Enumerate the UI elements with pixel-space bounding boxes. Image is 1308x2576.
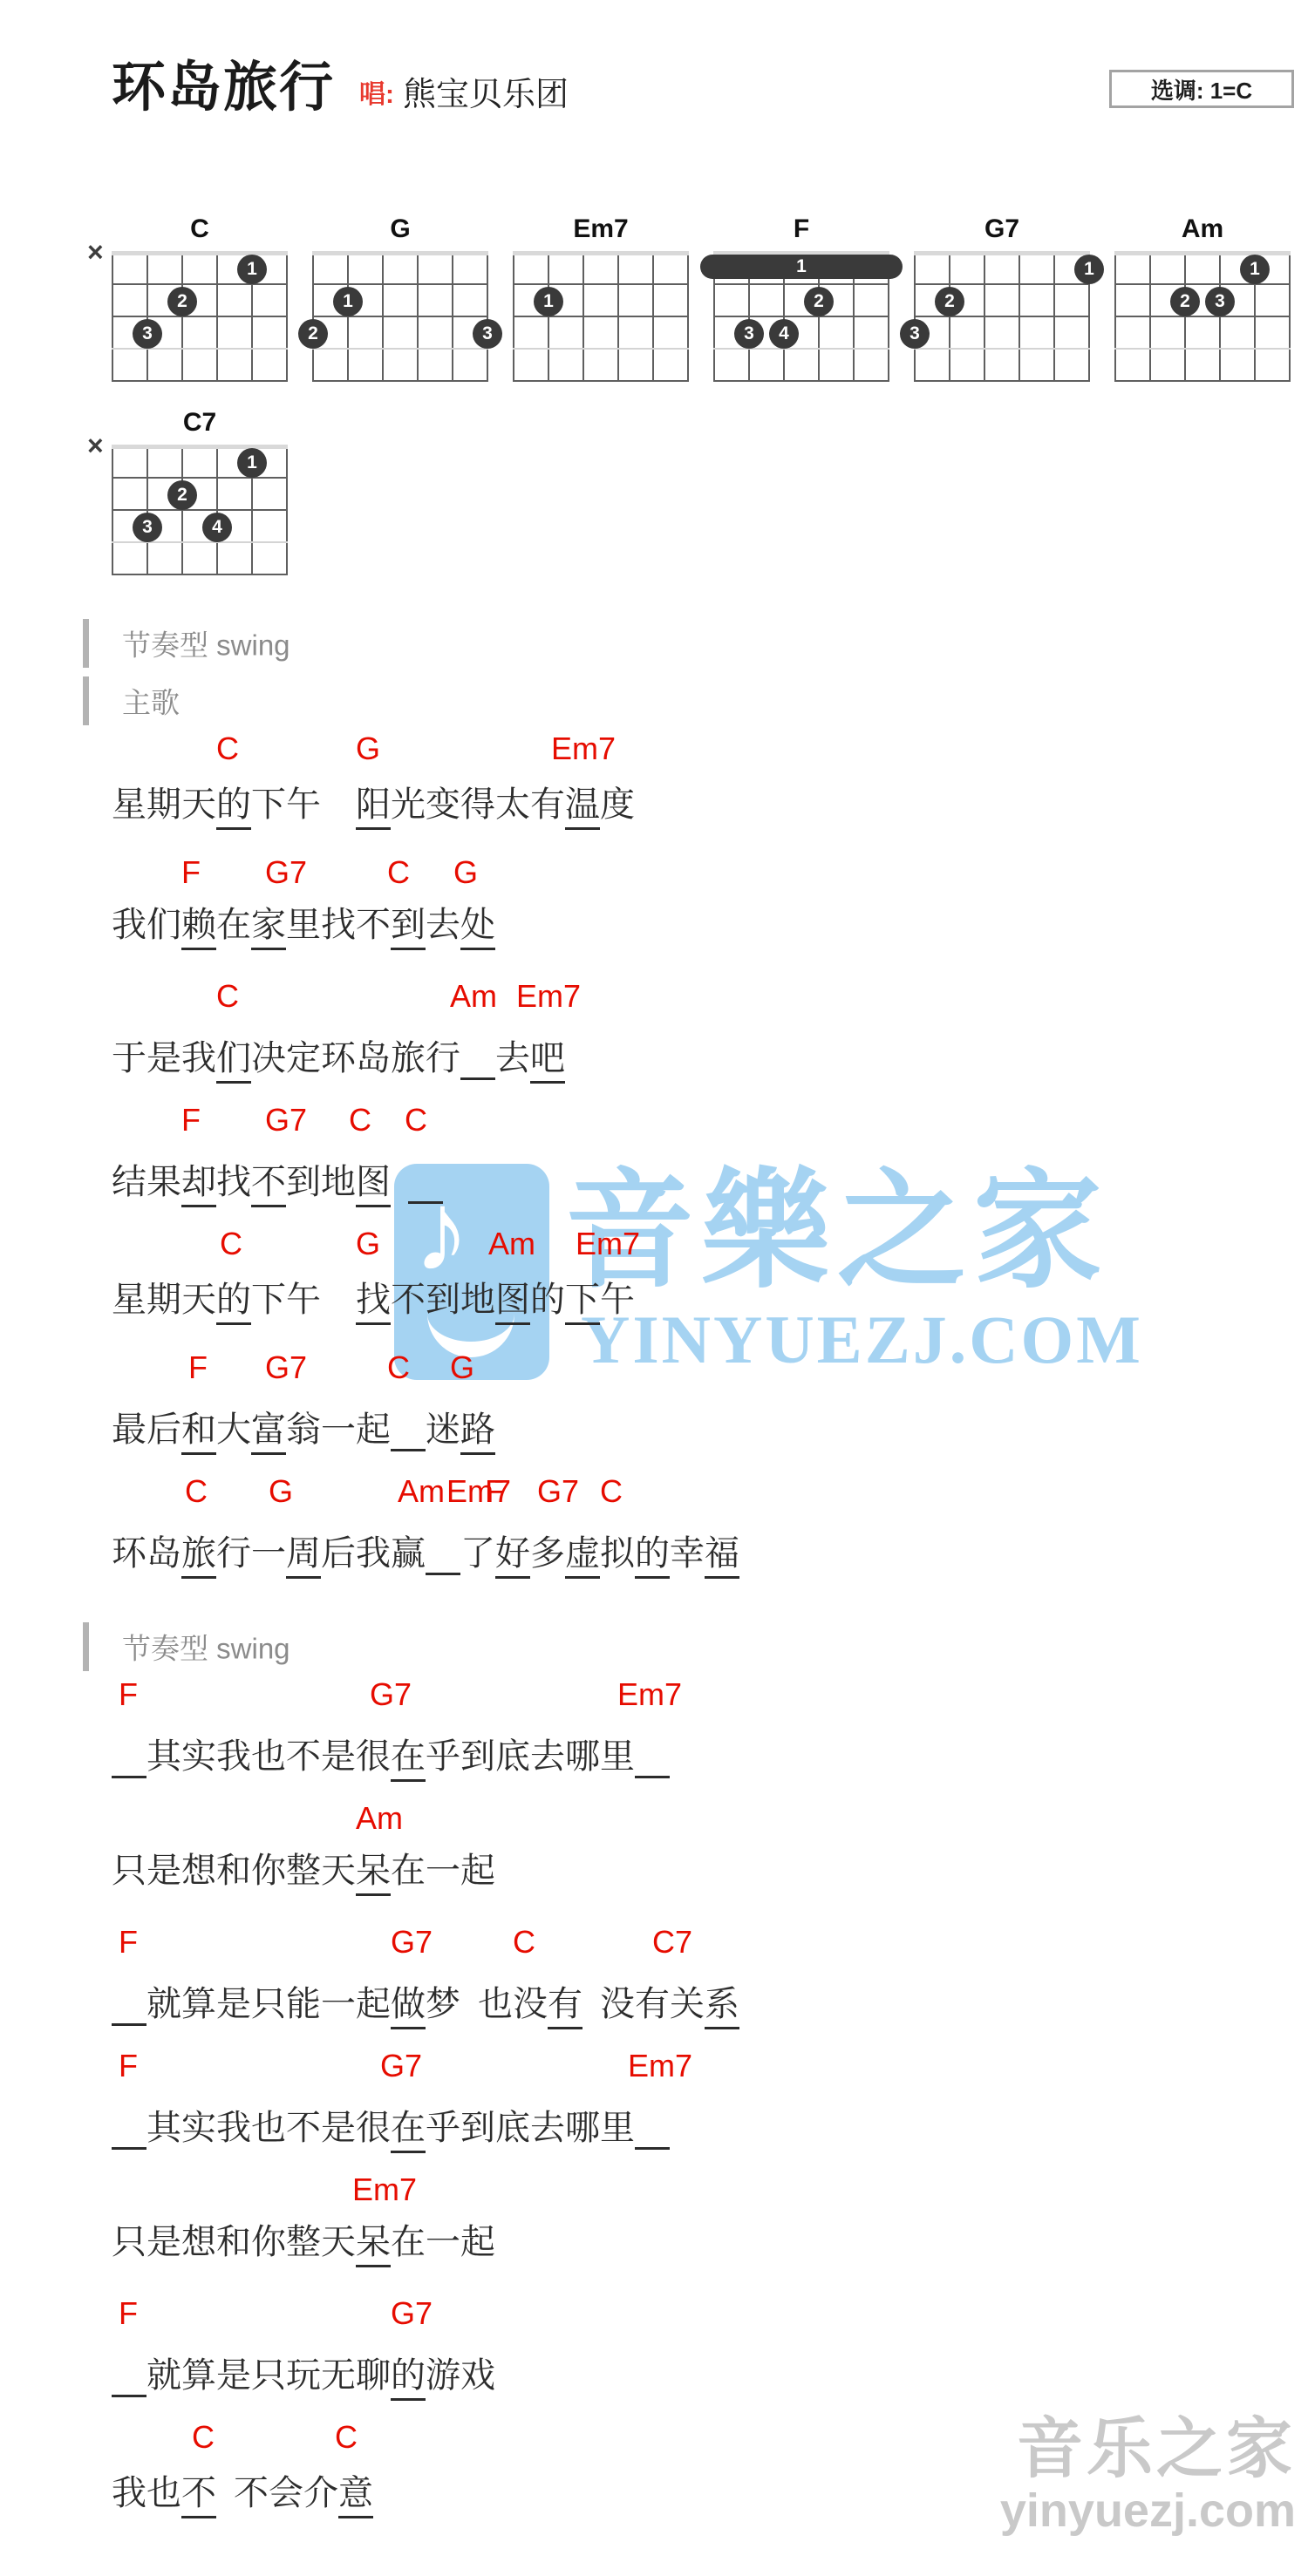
finger-dot-3: 3 <box>133 513 162 542</box>
finger-dot-3: 3 <box>473 319 502 349</box>
finger-dot-3: 3 <box>900 319 930 349</box>
section-label: 主歌 <box>83 676 1308 725</box>
chord-symbol: F <box>485 1473 504 1510</box>
lyric-segment: 幸 <box>670 1534 705 1573</box>
chord-row: FG7CC <box>112 1102 1308 1140</box>
lyric-row: 只是想和你整天呆在一起 <box>112 1851 1308 1901</box>
lyric-segment: 不 <box>251 1163 286 1207</box>
lyric-segment: 好 <box>495 1534 530 1579</box>
chord-row: CGAmEm7FG7C <box>112 1473 1308 1512</box>
lyric-segment: 其实我也不是很 <box>146 2109 391 2147</box>
lyric-row: 星期天的下午找不到地图的下午 <box>112 1276 1308 1327</box>
chord-symbol: Am <box>450 978 497 1015</box>
lyric-segment: 就算是只能一起 <box>146 1985 391 2023</box>
finger-dot-1: 1 <box>333 287 363 316</box>
fret-line <box>914 251 1090 255</box>
lyric-segment: 度 <box>600 785 635 824</box>
lyric-segment: 虚 <box>565 1534 600 1579</box>
chord-symbol: Em7 <box>516 978 581 1015</box>
chord-diagram-title: F <box>713 214 889 244</box>
finger-dot-1: 1 <box>534 287 563 316</box>
finger-dot-1: 1 <box>1074 255 1104 284</box>
chord-symbol: Em7 <box>551 731 616 767</box>
fret-line <box>112 316 288 317</box>
fret-line <box>713 348 889 350</box>
fretboard-grid: 123 <box>1114 251 1291 382</box>
lyric-segment: 下午 <box>251 785 321 824</box>
lyric-segment: 我也 <box>112 2474 181 2512</box>
lyric-row: 就算是只玩无聊的游戏 <box>112 2346 1308 2396</box>
lyric-segment: 图 <box>356 1163 391 1207</box>
song-body: 节奏型 swing主歌CGEm7星期天的下午阳光变得太有温度FG7CG我们赖在家… <box>0 619 1308 2520</box>
chord-row: CAmEm7 <box>112 978 1308 1016</box>
fret-line <box>513 380 689 382</box>
chord-row: CC <box>112 2419 1308 2457</box>
finger-dot-2: 2 <box>804 287 834 316</box>
lyric-segment: 迷 <box>426 1410 460 1449</box>
finger-dot-3: 3 <box>734 319 764 349</box>
lyric-gap <box>321 1276 356 1322</box>
artist-name: 熊宝贝乐团 <box>403 67 569 115</box>
lyric-row: 我也不不会介意 <box>112 2470 1308 2520</box>
fret-line <box>112 477 288 479</box>
chord-diagram-F: F1234 <box>713 214 889 382</box>
finger-dot-2: 2 <box>167 480 197 510</box>
lyric-segment: 温 <box>565 785 600 830</box>
page-title: 环岛旅行 <box>112 61 335 115</box>
lyric-segment: 到 <box>391 906 426 950</box>
chord-symbol: F <box>181 854 201 891</box>
fret-line <box>312 380 488 382</box>
muted-string-icon: × <box>87 430 104 462</box>
chord-symbol: Am <box>488 1226 535 1262</box>
finger-dot-4: 4 <box>769 319 799 349</box>
key-selection-box: 选调: 1=C <box>1109 70 1294 108</box>
chord-symbol: G7 <box>537 1473 579 1510</box>
chord-diagram-row-2: C7×1234 <box>112 408 1308 575</box>
chord-row: FG7CG <box>112 1349 1308 1388</box>
chord-diagram-title: Am <box>1114 214 1291 244</box>
lyric-segment: 于是我 <box>112 1039 216 1077</box>
lyric-row: 只是想和你整天呆在一起 <box>112 2222 1308 2273</box>
lyric-segment: 午 <box>600 1281 635 1319</box>
fret-line <box>112 574 288 575</box>
fret-line <box>513 251 689 255</box>
song-line: FG7CG最后和大富翁一起迷路 <box>112 1349 1308 1451</box>
lyric-segment: 最后 <box>112 1410 181 1449</box>
chord-symbol: G7 <box>370 1676 412 1713</box>
lyric-segment: 意 <box>338 2474 373 2518</box>
chord-symbol: F <box>119 2048 138 2084</box>
lyric-segment: 有 <box>548 1985 582 2029</box>
fret-line <box>513 283 689 285</box>
chord-symbol: Em7 <box>576 1226 640 1262</box>
lyric-segment: 图 <box>495 1281 530 1325</box>
chord-symbol: C <box>216 731 239 767</box>
chord-symbol: C <box>405 1102 427 1138</box>
chord-symbol: G7 <box>265 1349 307 1386</box>
lyric-segment: 其实我也不是很 <box>146 1737 391 1776</box>
lyric-segment: 也没 <box>478 1985 548 2023</box>
fret-line <box>1114 348 1291 350</box>
lyric-segment: 翁一起 <box>286 1410 391 1449</box>
chord-symbol: C <box>216 978 239 1015</box>
lyric-row: 于是我们决定环岛旅行去吧 <box>112 1029 1308 1079</box>
barre-finger-1: 1 <box>700 255 903 279</box>
section-label-text: 主歌 <box>122 681 180 722</box>
chord-row: Em7 <box>112 2172 1308 2210</box>
lyric-row: 环岛旅行一周后我赢了好多虚拟的幸福 <box>112 1524 1308 1574</box>
lyric-segment: 乎到底去哪里 <box>426 1737 635 1776</box>
lyric-segment: 吧 <box>530 1039 565 1084</box>
lyric-segment: 游戏 <box>426 2356 495 2395</box>
lyric-segment: 结果 <box>112 1163 181 1201</box>
lyric-segment: 下 <box>565 1281 600 1325</box>
lyric-segment: 只是想和你整天 <box>112 1852 356 1890</box>
lyric-underline-blank <box>426 1524 460 1575</box>
lyric-underline-blank <box>635 1727 670 1778</box>
chord-diagram-row-1: C×123G123Em71F1234G7123Am123 <box>112 214 1308 382</box>
lyric-segment: 阳 <box>356 785 391 830</box>
lyric-gap <box>321 781 356 826</box>
chord-symbol: G7 <box>391 1924 433 1961</box>
lyric-segment: 处 <box>460 906 495 950</box>
sing-label: 唱: <box>359 72 394 115</box>
lyric-row: 其实我也不是很在乎到底去哪里 <box>112 1727 1308 1777</box>
chord-symbol: C <box>192 2419 215 2456</box>
song-line: CGAmEm7星期天的下午找不到地图的下午 <box>112 1226 1308 1327</box>
lyric-segment: 多 <box>530 1534 565 1573</box>
finger-dot-4: 4 <box>202 513 232 542</box>
lyric-segment: 路 <box>460 1410 495 1455</box>
fret-line <box>914 348 1090 350</box>
lyric-segment: 下午 <box>251 1281 321 1319</box>
lyric-segment: 系 <box>705 1985 739 2029</box>
lyric-gap <box>391 1159 408 1204</box>
chord-symbol: F <box>119 1924 138 1961</box>
song-line: FG7就算是只玩无聊的游戏 <box>112 2295 1308 2396</box>
song-line: CAmEm7于是我们决定环岛旅行去吧 <box>112 978 1308 1079</box>
fret-line <box>713 316 889 317</box>
fret-line <box>112 445 288 449</box>
fret-line <box>1114 316 1291 317</box>
chord-symbol: G <box>269 1473 293 1510</box>
song-line: Em7只是想和你整天呆在一起 <box>112 2172 1308 2273</box>
fretboard-grid: 123 <box>312 251 488 382</box>
lyric-segment: 周 <box>286 1534 321 1579</box>
fretboard-grid: ×123 <box>112 251 288 382</box>
fret-line <box>1114 283 1291 285</box>
fret-line <box>312 348 488 350</box>
chord-row: FG7Em7 <box>112 1676 1308 1715</box>
lyric-segment: 星期天 <box>112 785 216 824</box>
chord-symbol: F <box>119 1676 138 1713</box>
finger-dot-1: 1 <box>1240 255 1270 284</box>
chord-symbol: C <box>513 1924 535 1961</box>
fret-line <box>1114 251 1291 255</box>
fretboard-grid: 1234 <box>713 251 889 382</box>
lyric-segment: 没有关 <box>600 1985 705 2023</box>
chord-symbol: Em7 <box>617 1676 682 1713</box>
lyric-segment: 呆 <box>356 2223 391 2267</box>
lyric-segment: 大 <box>216 1410 251 1449</box>
chord-diagram-Em7: Em71 <box>513 214 689 382</box>
fret-line <box>914 380 1090 382</box>
chord-diagram-title: Em7 <box>513 214 689 244</box>
lyric-segment: 就算是只玩无聊 <box>146 2356 391 2395</box>
fret-line <box>713 380 889 382</box>
chord-row: FG7 <box>112 2295 1308 2334</box>
lyric-row: 结果却找不到地图 <box>112 1152 1308 1203</box>
muted-string-icon: × <box>87 236 104 268</box>
section-bar <box>83 676 89 725</box>
lyric-underline-blank <box>112 1727 146 1778</box>
fret-line <box>513 316 689 317</box>
lyric-segment: 在 <box>216 906 251 944</box>
lyric-segment: 拟 <box>600 1534 635 1573</box>
fretboard-grid: 123 <box>914 251 1090 382</box>
lyric-segment: 的 <box>216 785 251 830</box>
fret-line <box>312 283 488 285</box>
chord-symbol: G7 <box>265 854 307 891</box>
chord-diagram-title: C7 <box>112 408 288 438</box>
section-label-text: 节奏型 swing <box>122 623 290 664</box>
chord-symbol: G <box>450 1349 474 1386</box>
chord-symbol: G7 <box>265 1102 307 1138</box>
lyric-row: 我们赖在家里找不到去处 <box>112 905 1308 955</box>
key-label: 选调: 1=C <box>1151 73 1252 105</box>
lyric-underline-blank <box>460 1029 495 1080</box>
chord-symbol: C <box>220 1226 242 1262</box>
lyric-segment: 光变得太有 <box>391 785 565 824</box>
chord-diagram-C: C×123 <box>112 214 288 382</box>
chord-symbol: G <box>356 731 380 767</box>
lyric-gap <box>460 1981 478 2026</box>
finger-dot-2: 2 <box>298 319 328 349</box>
fret-line <box>513 348 689 350</box>
finger-dot-2: 2 <box>935 287 964 316</box>
lyric-segment: 赖 <box>181 906 216 950</box>
chord-symbol: C7 <box>652 1924 692 1961</box>
fret-line <box>112 251 288 255</box>
lyric-segment: 的 <box>216 1281 251 1325</box>
lyric-segment: 的 <box>635 1534 670 1579</box>
fret-line <box>914 283 1090 285</box>
lyric-row: 其实我也不是很在乎到底去哪里 <box>112 2098 1308 2149</box>
lyric-segment: 家 <box>251 906 286 950</box>
chord-symbol: C <box>185 1473 208 1510</box>
finger-dot-1: 1 <box>237 255 267 284</box>
chord-diagram-G: G123 <box>312 214 488 382</box>
fret-line <box>1114 380 1291 382</box>
chord-symbol: C <box>349 1102 371 1138</box>
fret-line <box>312 251 488 255</box>
fretboard-grid: ×1234 <box>112 445 288 575</box>
lyric-segment: 呆 <box>356 1852 391 1896</box>
song-line: FG7CC结果却找不到地图 <box>112 1102 1308 1203</box>
lyric-underline-blank <box>408 1152 443 1204</box>
fret-line <box>112 509 288 511</box>
finger-dot-1: 1 <box>237 448 267 478</box>
lyric-segment: 不到地 <box>391 1281 495 1319</box>
lyric-segment: 不会介 <box>234 2474 338 2512</box>
lyric-segment: 行一 <box>216 1534 286 1573</box>
lyric-segment: 福 <box>705 1534 739 1579</box>
lyric-segment: 梦 <box>426 1985 460 2023</box>
chord-symbol: Em7 <box>628 2048 692 2084</box>
chord-row: Am <box>112 1800 1308 1839</box>
chord-symbol: Em7 <box>352 2172 417 2208</box>
lyric-segment: 到地 <box>286 1163 356 1201</box>
fret-line <box>112 380 288 382</box>
chord-symbol: C <box>600 1473 623 1510</box>
chord-row: FG7Em7 <box>112 2048 1308 2086</box>
fret-line <box>112 541 288 543</box>
lyric-segment: 找 <box>216 1163 251 1201</box>
chord-symbol: C <box>335 2419 358 2456</box>
lyric-underline-blank <box>635 2098 670 2150</box>
lyric-row: 就算是只能一起做梦也没有没有关系 <box>112 1974 1308 2025</box>
song-line: FG7Em7其实我也不是很在乎到底去哪里 <box>112 1676 1308 1777</box>
lyric-segment: 却 <box>181 1163 216 1207</box>
song-line: FG7CG我们赖在家里找不到去处 <box>112 854 1308 955</box>
lyric-segment: 的 <box>530 1281 565 1319</box>
lyric-segment: 们 <box>216 1039 251 1084</box>
lyric-segment: 星期天 <box>112 1281 216 1319</box>
finger-dot-3: 3 <box>133 319 162 349</box>
song-line: FG7Em7其实我也不是很在乎到底去哪里 <box>112 2048 1308 2149</box>
lyric-segment: 只是想和你整天 <box>112 2223 356 2261</box>
lyric-segment: 和 <box>181 1410 216 1455</box>
song-line: CGEm7星期天的下午阳光变得太有温度 <box>112 731 1308 832</box>
lyric-segment: 找 <box>356 1281 391 1325</box>
fret-line <box>112 283 288 285</box>
fretboard-grid: 1 <box>513 251 689 382</box>
chord-symbol: Am <box>356 1800 403 1837</box>
song-line: FG7CC7就算是只能一起做梦也没有没有关系 <box>112 1924 1308 2025</box>
finger-dot-2: 2 <box>167 287 197 316</box>
chord-symbol: G <box>453 854 478 891</box>
lyric-segment: 里找不 <box>286 906 391 944</box>
lyric-gap <box>216 2470 234 2515</box>
section-label-text: 节奏型 swing <box>122 1627 290 1668</box>
chord-symbol: F <box>188 1349 208 1386</box>
chord-symbol: C <box>387 1349 410 1386</box>
song-line: CGAmEm7FG7C环岛旅行一周后我赢了好多虚拟的幸福 <box>112 1473 1308 1574</box>
lyric-segment: 富 <box>251 1410 286 1455</box>
section-label: 节奏型 swing <box>83 1622 1308 1671</box>
byline: 唱: 熊宝贝乐团 <box>359 67 569 115</box>
chord-symbol: G <box>356 1226 380 1262</box>
lyric-row: 星期天的下午阳光变得太有温度 <box>112 781 1308 832</box>
lyric-segment: 乎到底去哪里 <box>426 2109 635 2147</box>
fret-line <box>914 316 1090 317</box>
lyric-segment: 在一起 <box>391 2223 495 2261</box>
lyric-segment: 我们 <box>112 906 181 944</box>
song-line: Am只是想和你整天呆在一起 <box>112 1800 1308 1901</box>
lyric-row: 最后和大富翁一起迷路 <box>112 1400 1308 1451</box>
lyric-segment: 不 <box>181 2474 216 2518</box>
chord-diagram-C7: C7×1234 <box>112 408 288 575</box>
chord-symbol: C <box>387 854 410 891</box>
chord-row: CGAmEm7 <box>112 1226 1308 1264</box>
lyric-segment: 在 <box>391 1737 426 1782</box>
lyric-segment: 做 <box>391 1985 426 2029</box>
chord-symbol: Am <box>398 1473 445 1510</box>
chord-diagram-title: G <box>312 214 488 244</box>
song-line: CC我也不不会介意 <box>112 2419 1308 2520</box>
lyric-segment: 去 <box>426 906 460 944</box>
chord-row: FG7CC7 <box>112 1924 1308 1962</box>
chord-symbol: F <box>181 1102 201 1138</box>
section-bar <box>83 1622 89 1671</box>
chord-diagram-title: C <box>112 214 288 244</box>
lyric-segment: 环岛 <box>112 1534 181 1573</box>
finger-dot-3: 3 <box>1205 287 1235 316</box>
fret-line <box>713 283 889 285</box>
lyric-segment: 的 <box>391 2356 426 2401</box>
section-bar <box>83 619 89 668</box>
lyric-segment: 决定环岛旅行 <box>251 1039 460 1077</box>
lyric-underline-blank <box>112 1974 146 2026</box>
finger-dot-2: 2 <box>1170 287 1200 316</box>
chord-row: CGEm7 <box>112 731 1308 769</box>
lyric-underline-blank <box>112 2346 146 2397</box>
lyric-segment: 在 <box>391 2109 426 2153</box>
fret-line <box>112 348 288 350</box>
section-label: 节奏型 swing <box>83 619 1308 668</box>
chord-symbol: F <box>119 2295 138 2332</box>
chord-row: FG7CG <box>112 854 1308 893</box>
lyric-underline-blank <box>391 1400 426 1451</box>
lyric-underline-blank <box>112 2098 146 2150</box>
chord-diagram-G7: G7123 <box>914 214 1090 382</box>
chord-symbol: G7 <box>380 2048 422 2084</box>
fret-line <box>312 316 488 317</box>
lyric-segment: 后我赢 <box>321 1534 426 1573</box>
lyric-segment: 在一起 <box>391 1852 495 1890</box>
chord-diagram-Am: Am123 <box>1114 214 1291 382</box>
lyric-segment: 旅 <box>181 1534 216 1579</box>
lyric-gap <box>582 1981 600 2026</box>
chord-diagram-title: G7 <box>914 214 1090 244</box>
lyric-segment: 去 <box>495 1039 530 1077</box>
chord-sheet-page: { "header": { "title": "环岛旅行", "sing_lab… <box>0 0 1308 2576</box>
lyric-segment: 了 <box>460 1534 495 1573</box>
chord-symbol: G7 <box>391 2295 433 2332</box>
